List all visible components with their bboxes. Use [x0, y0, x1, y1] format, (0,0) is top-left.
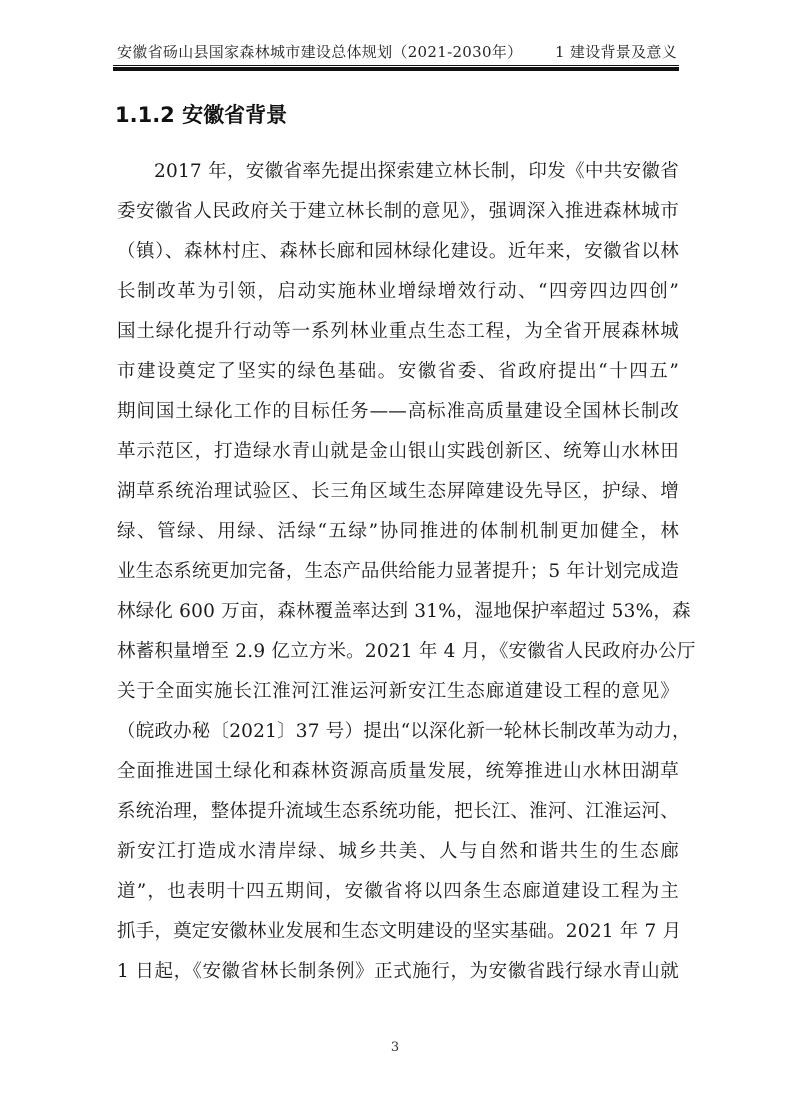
- paragraph-line: 抓手，奠定安徽林业发展和生态文明建设的坚实基础。2021 年 7 月: [117, 912, 679, 952]
- header-chapter-title: 1 建设背景及意义: [555, 42, 677, 62]
- body-paragraph: 2017 年，安徽省率先提出探索建立林长制，印发《中共安徽省 委安徽省人民政府关…: [117, 152, 679, 992]
- paragraph-line: 期间国土绿化工作的目标任务——高标准高质量建设全国林长制改: [117, 392, 679, 432]
- paragraph-line: 林绿化 600 万亩，森林覆盖率达到 31%，湿地保护率超过 53%，森: [117, 592, 679, 632]
- paragraph-line: 业生态系统更加完备，生态产品供给能力显著提升；5 年计划完成造: [117, 552, 679, 592]
- header-document-title: 安徽省砀山县国家森林城市建设总体规划（2021-2030年）: [117, 42, 522, 62]
- paragraph-line: 系统治理，整体提升流域生态系统功能，把长江、淮河、江淮运河、: [117, 792, 679, 832]
- section-title: 1.1.2 安徽省背景: [115, 100, 287, 130]
- paragraph-line: 长制改革为引领，启动实施林业增绿增效行动、“四旁四边四创”: [117, 272, 679, 312]
- page-number: 3: [0, 1040, 790, 1055]
- page-header: 安徽省砀山县国家森林城市建设总体规划（2021-2030年） 1 建设背景及意义: [113, 38, 679, 68]
- header-rule-thick: [113, 67, 679, 71]
- paragraph-line: 革示范区，打造绿水青山就是金山银山实践创新区、统筹山水林田: [117, 432, 679, 472]
- paragraph-line: 道”，也表明十四五期间，安徽省将以四条生态廊道建设工程为主: [117, 872, 679, 912]
- paragraph-line: 新安江打造成水清岸绿、城乡共美、人与自然和谐共生的生态廊: [117, 832, 679, 872]
- paragraph-line: 全面推进国土绿化和森林资源高质量发展，统筹推进山水林田湖草: [117, 752, 679, 792]
- paragraph-line: （镇）、森林村庄、森林长廊和园林绿化建设。近年来，安徽省以林: [117, 232, 679, 272]
- paragraph-line: 1 日起，《安徽省林长制条例》正式施行，为安徽省践行绿水青山就: [117, 952, 679, 992]
- paragraph-line: 关于全面实施长江淮河江淮运河新安江生态廊道建设工程的意见》: [117, 672, 679, 712]
- paragraph-line: 国土绿化提升行动等一系列林业重点生态工程，为全省开展森林城: [117, 312, 679, 352]
- paragraph-line: 2017 年，安徽省率先提出探索建立林长制，印发《中共安徽省: [117, 152, 679, 192]
- paragraph-line: 绿、管绿、用绿、活绿“五绿”协同推进的体制机制更加健全，林: [117, 512, 679, 552]
- paragraph-line: 湖草系统治理试验区、长三角区域生态屏障建设先导区，护绿、增: [117, 472, 679, 512]
- paragraph-line: （皖政办秘〔2021〕37 号）提出“以深化新一轮林长制改革为动力，: [117, 712, 679, 752]
- paragraph-line: 市建设奠定了坚实的绿色基础。安徽省委、省政府提出“十四五”: [117, 352, 679, 392]
- header-rule-thin: [113, 65, 679, 66]
- paragraph-line: 委安徽省人民政府关于建立林长制的意见》，强调深入推进森林城市: [117, 192, 679, 232]
- paragraph-line: 林蓄积量增至 2.9 亿立方米。2021 年 4 月，《安徽省人民政府办公厅: [117, 632, 679, 672]
